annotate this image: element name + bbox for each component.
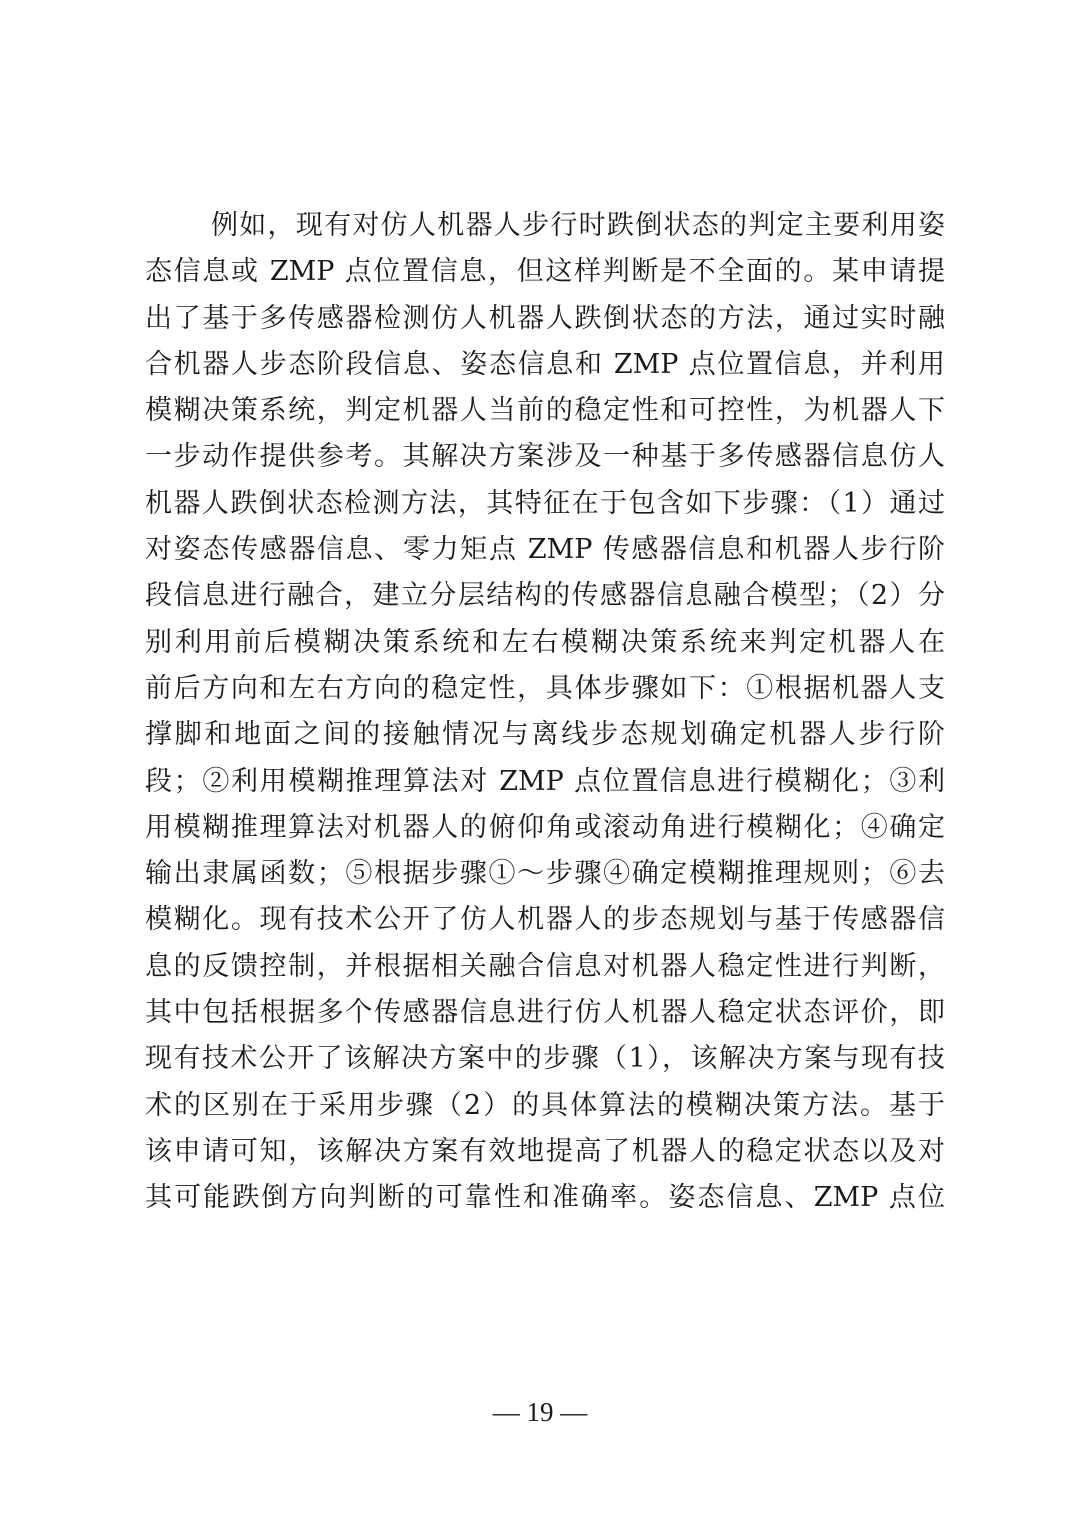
text-line: 一步动作提供参考。其解决方案涉及一种基于多传感器信息仿人 [145,434,945,480]
text-line: 模糊决策系统，判定机器人当前的稳定性和可控性，为机器人下 [145,388,945,434]
text-line: 别利用前后模糊决策系统和左右模糊决策系统来判定机器人在 [145,620,945,666]
document-page: 例如，现有对仿人机器人步行时跌倒状态的判定主要利用姿 态信息或 ZMP 点位置信… [0,0,1080,1527]
text-line: 机器人跌倒状态检测方法，其特征在于包含如下步骤：（1）通过 [145,481,945,527]
text-line: 态信息或 ZMP 点位置信息，但这样判断是不全面的。某申请提 [145,249,945,295]
text-line: 出了基于多传感器检测仿人机器人跌倒状态的方法，通过实时融 [145,296,945,342]
text-line: 息的反馈控制，并根据相关融合信息对机器人稳定性进行判断， [145,944,945,990]
text-line: 模糊化。现有技术公开了仿人机器人的步态规划与基于传感器信 [145,897,945,943]
text-line: 撑脚和地面之间的接触情况与离线步态规划确定机器人步行阶 [145,712,945,758]
text-line: 段；②利用模糊推理算法对 ZMP 点位置信息进行模糊化；③利 [145,759,945,805]
text-line: 合机器人步态阶段信息、姿态信息和 ZMP 点位置信息，并利用 [145,342,945,388]
text-line: 现有技术公开了该解决方案中的步骤（1），该解决方案与现有技 [145,1036,945,1082]
body-paragraph: 例如，现有对仿人机器人步行时跌倒状态的判定主要利用姿 态信息或 ZMP 点位置信… [145,203,945,1222]
text-line: 段信息进行融合，建立分层结构的传感器信息融合模型；（2）分 [145,573,945,619]
text-line: 对姿态传感器信息、零力矩点 ZMP 传感器信息和机器人步行阶 [145,527,945,573]
text-line: 其中包括根据多个传感器信息进行仿人机器人稳定状态评价，即 [145,990,945,1036]
text-line: 其可能跌倒方向判断的可靠性和准确率。姿态信息、ZMP 点位 [145,1175,945,1221]
text-line: 例如，现有对仿人机器人步行时跌倒状态的判定主要利用姿 [145,203,945,249]
text-line: 前后方向和左右方向的稳定性，具体步骤如下：①根据机器人支 [145,666,945,712]
text-line: 该申请可知，该解决方案有效地提高了机器人的稳定状态以及对 [145,1129,945,1175]
text-line: 输出隶属函数；⑤根据步骤①～步骤④确定模糊推理规则；⑥去 [145,851,945,897]
page-number: — 19 — [0,1392,1080,1432]
text-line: 术的区别在于采用步骤（2）的具体算法的模糊决策方法。基于 [145,1083,945,1129]
text-line: 用模糊推理算法对机器人的俯仰角或滚动角进行模糊化；④确定 [145,805,945,851]
